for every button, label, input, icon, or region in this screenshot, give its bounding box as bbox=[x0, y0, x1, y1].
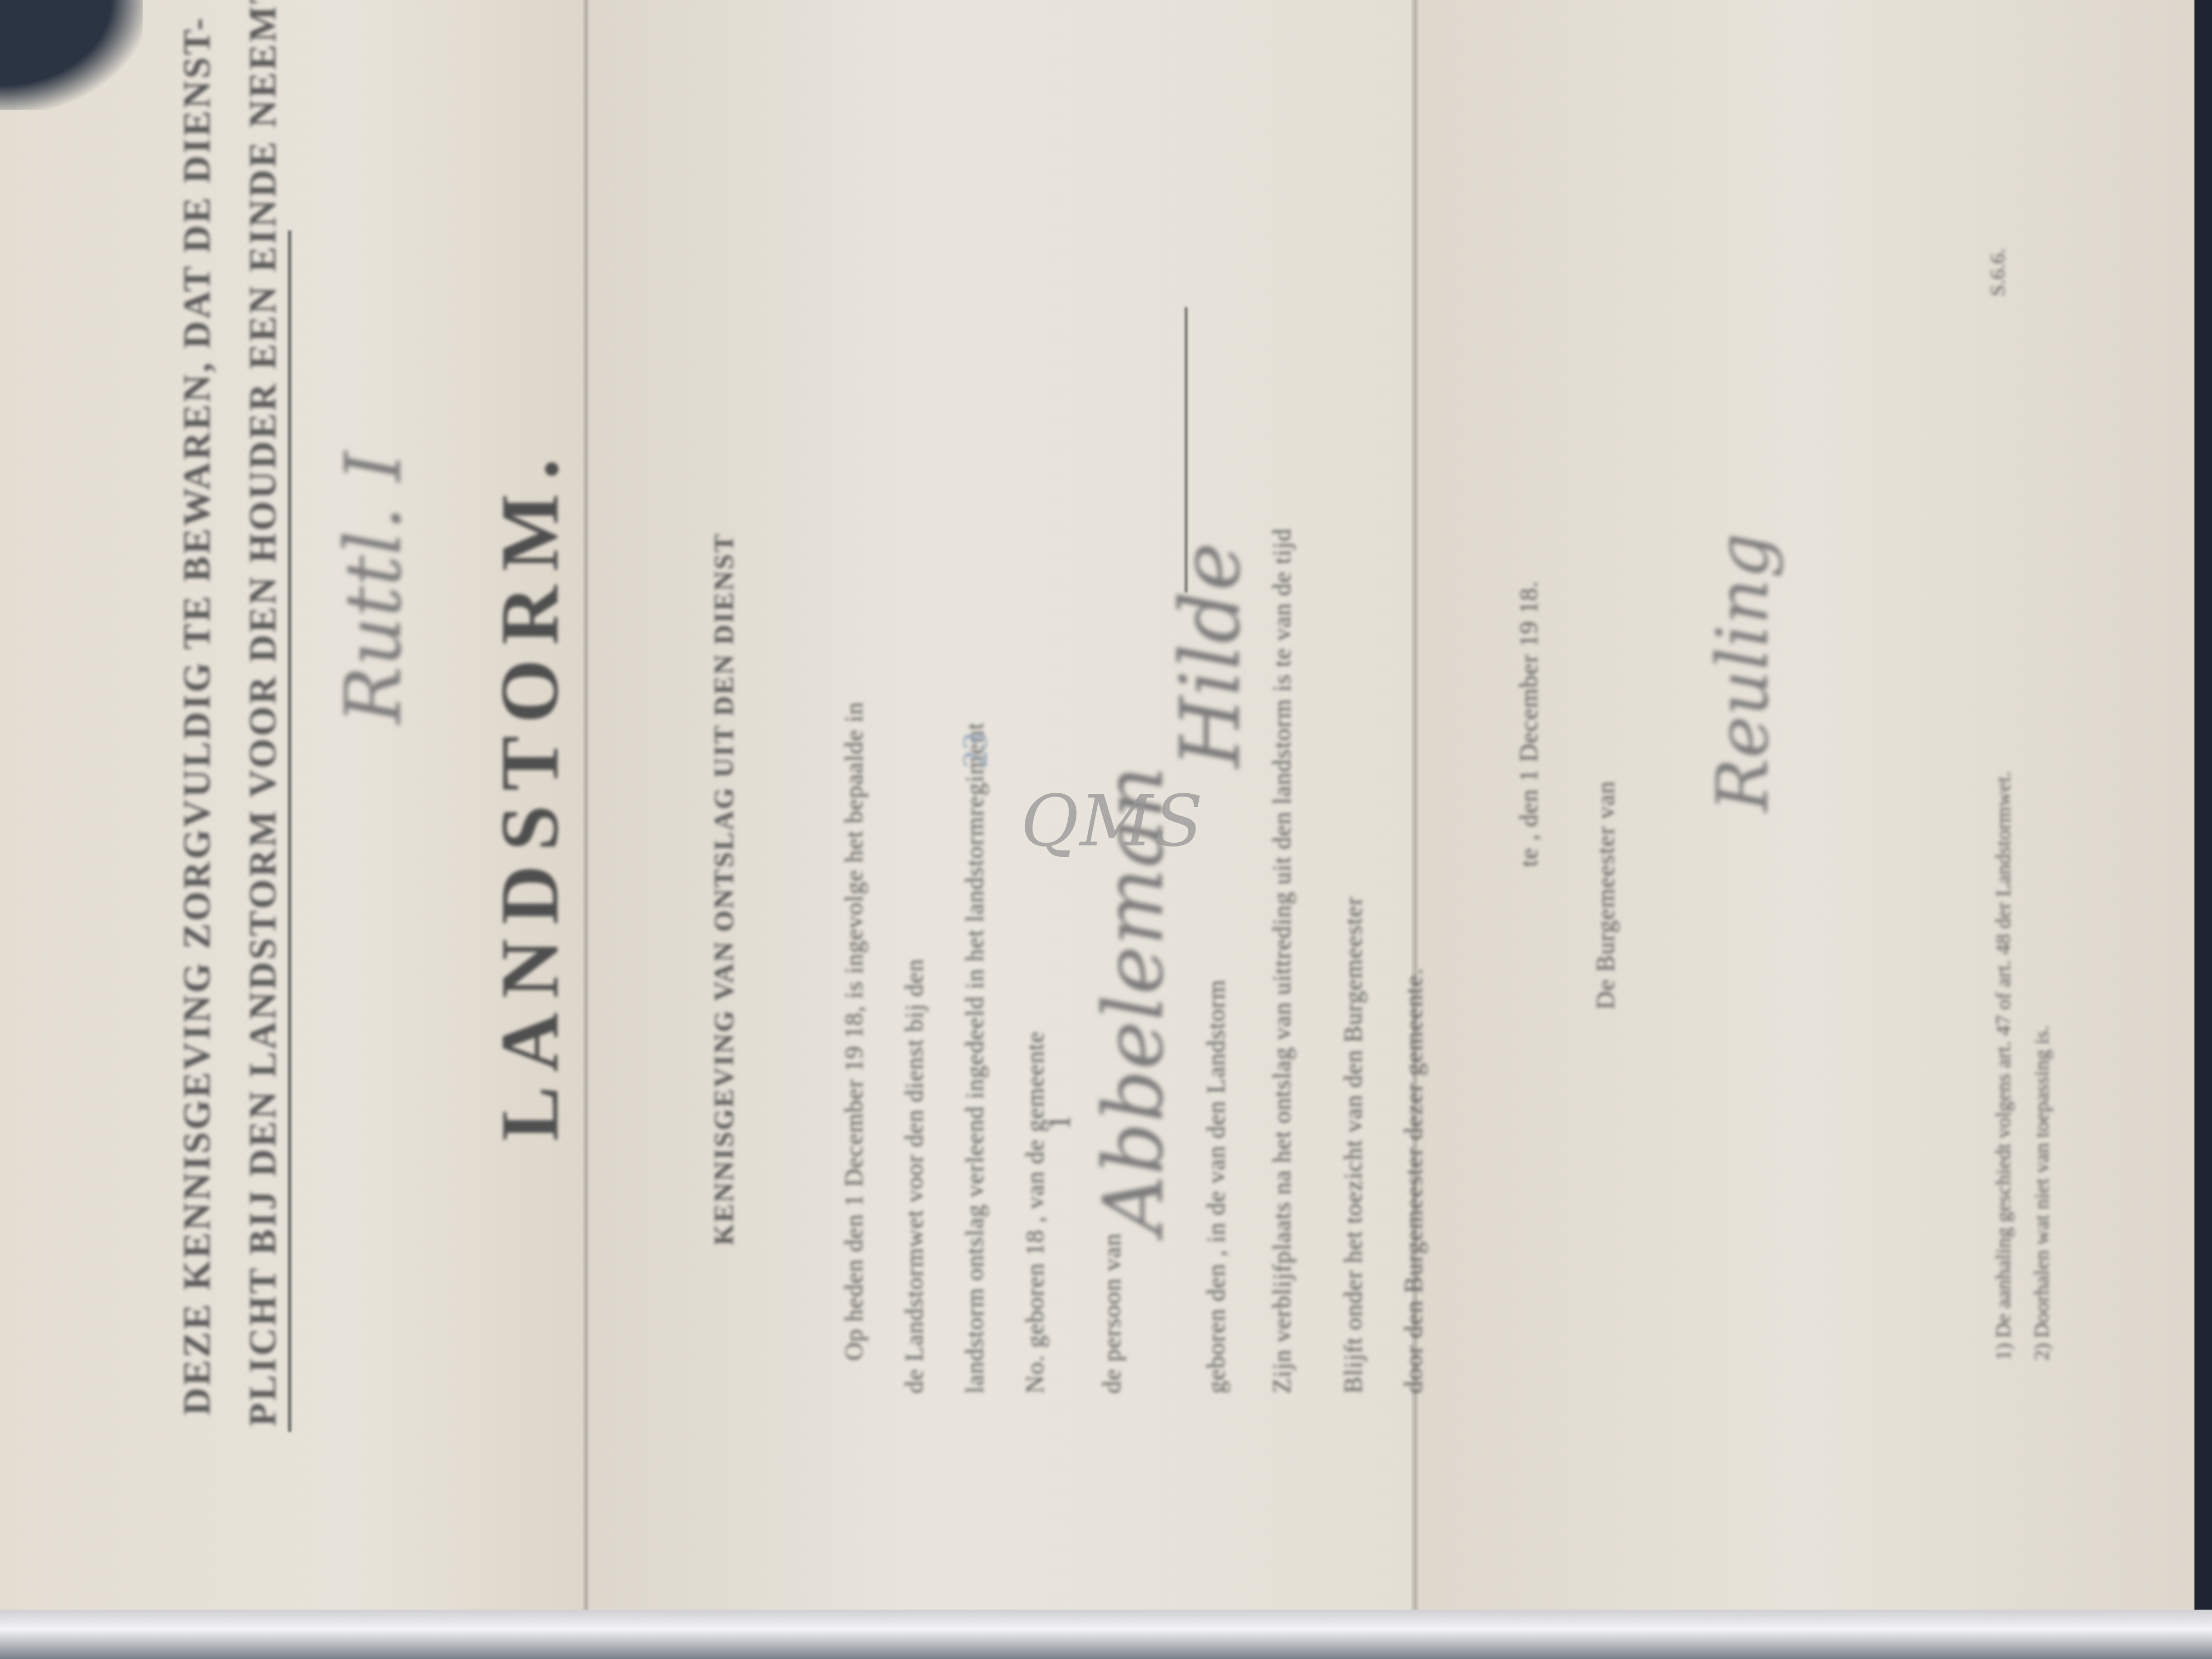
background-bottom bbox=[0, 1610, 2212, 1659]
notice-line-2: PLICHT BIJ DEN LANDSTORM VOOR DEN HOUDER… bbox=[241, 0, 285, 1426]
watermark: QMS bbox=[1020, 779, 1204, 862]
background-corner bbox=[0, 0, 143, 110]
company-number: 1 bbox=[1042, 1114, 1077, 1130]
body-line: Zijn verblijfplaats na het ontslag van u… bbox=[1267, 528, 1296, 1393]
background-edge bbox=[2194, 0, 2212, 1659]
page-title: LANDSTORM. bbox=[483, 444, 577, 1141]
mayor-signature: Reuling bbox=[1701, 533, 1784, 812]
section-heading: KENNISGEVING VAN ONTSLAG UIT DEN DIENST bbox=[708, 533, 740, 1245]
form-code: S.6.6. bbox=[1986, 248, 2010, 296]
body-line: No. geboren 18 , van de gemeente bbox=[1020, 1031, 1049, 1393]
body-line: Blijft onder het toezicht van den Burgem… bbox=[1339, 896, 1368, 1393]
body-line: landstorm ontslag verleend ingedeeld in … bbox=[960, 723, 989, 1393]
body-line: de persoon van bbox=[1097, 1233, 1126, 1393]
regiment-number: 23 bbox=[955, 732, 995, 768]
notice-underline bbox=[288, 230, 291, 1432]
body-line: Op heden den 1 December 19 18, is ingevo… bbox=[839, 702, 868, 1361]
handwritten-annotation: Ruttl. I bbox=[329, 452, 419, 724]
notice-line-1: DEZE KENNISGEVING ZORGVULDIG TE BEWAREN,… bbox=[176, 16, 219, 1415]
body-line: geboren den , in de van den Landstorm bbox=[1201, 979, 1231, 1393]
date-line: te , den 1 December 19 18. bbox=[1514, 580, 1543, 867]
mayor-line: De Burgemeester van bbox=[1591, 781, 1620, 1009]
handwritten-signature: Hilde bbox=[1163, 542, 1259, 768]
footnote: 2) Doorhalen wat niet van toepassing is. bbox=[2030, 1025, 2054, 1361]
footnote: 1) De aanhaling geschiedt volgens art. 4… bbox=[1991, 771, 2016, 1361]
fill-line bbox=[1185, 307, 1187, 592]
body-line: door den Burgemeester dezer gemeente. bbox=[1399, 968, 1428, 1393]
body-line: de Landstormwet voor den dienst bij den bbox=[900, 958, 929, 1393]
fold-crease bbox=[583, 0, 590, 1624]
